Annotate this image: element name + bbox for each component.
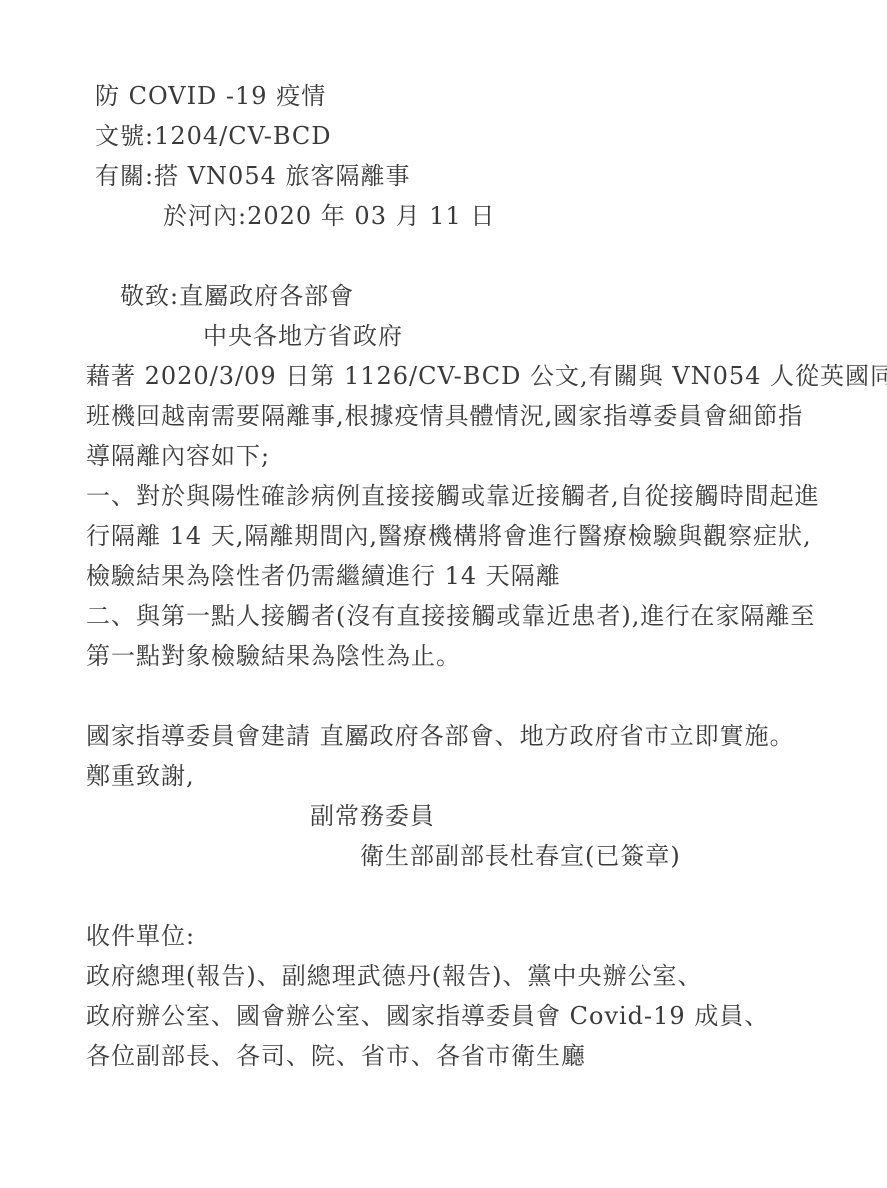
body-item2-line: 第一點對象檢驗結果為陰性為止。: [0, 636, 887, 676]
body-item1-line: 行隔離 14 天,隔離期間內,醫療機構將會進行醫療檢驗與觀察症狀,: [0, 516, 887, 556]
body-item1-line: 一、對於與陽性確診病例直接接觸或靠近接觸者,自從接觸時間起進: [0, 476, 887, 516]
salutation-line-1: 敬致:直屬政府各部會: [0, 276, 887, 316]
document-number: 文號:1204/CV-BCD: [0, 116, 887, 156]
document-place-date: 於河內:2020 年 03 月 11 日: [0, 196, 887, 236]
signature-title: 副常務委員: [0, 796, 887, 836]
scanned-document-page: 防 COVID -19 疫情 文號:1204/CV-BCD 有關:搭 VN054…: [0, 0, 887, 1188]
body-intro-line: 導隔離內容如下;: [0, 436, 887, 476]
cc-line: 政府總理(報告)、副總理武德丹(報告)、黨中央辦公室、: [0, 956, 887, 996]
section-gap: [0, 236, 887, 276]
salutation-line-2: 中央各地方省政府: [0, 316, 887, 356]
signature-name: 衛生部副部長杜春宣(已簽章): [0, 836, 887, 876]
body-item2-line: 二、與第一點人接觸者(沒有直接接觸或靠近患者),進行在家隔離至: [0, 596, 887, 636]
cc-label: 收件單位:: [0, 916, 887, 956]
body-item1-line: 檢驗結果為陰性者仍需繼續進行 14 天隔離: [0, 556, 887, 596]
document-title: 防 COVID -19 疫情: [0, 76, 887, 116]
closing-request-line: 國家指導委員會建請 直屬政府各部會、地方政府省市立即實施。: [0, 716, 887, 756]
section-gap: [0, 676, 887, 716]
closing-thanks-line: 鄭重致謝,: [0, 756, 887, 796]
section-gap: [0, 876, 887, 916]
cc-line: 各位副部長、各司、院、省市、各省市衛生廳: [0, 1036, 887, 1076]
body-intro-line: 班機回越南需要隔離事,根據疫情具體情況,國家指導委員會細節指: [0, 396, 887, 436]
cc-line: 政府辦公室、國會辦公室、國家指導委員會 Covid-19 成員、: [0, 996, 887, 1036]
body-intro-line: 藉著 2020/3/09 日第 1126/CV-BCD 公文,有關與 VN054…: [0, 356, 887, 396]
document-subject: 有關:搭 VN054 旅客隔離事: [0, 156, 887, 196]
